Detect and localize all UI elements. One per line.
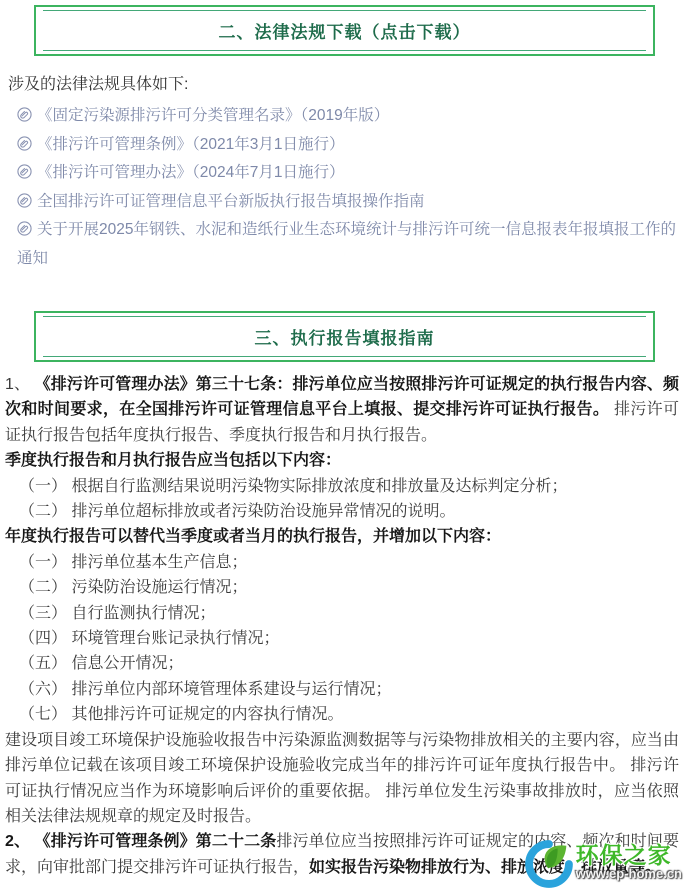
list-item: （四） 环境管理台账记录执行情况； bbox=[5, 626, 679, 651]
law-link-label: 《固定污染源排污许可分类管理名录》（2019年版） bbox=[37, 107, 389, 124]
law-link-item-2[interactable]: 《排污许可管理条例》（2021年3月1日施行） bbox=[17, 131, 679, 160]
list-item: （三） 自行监测执行情况； bbox=[5, 601, 679, 626]
text-run: （五） 信息公开情况； bbox=[19, 655, 183, 672]
guide-body: 1、 《排污许可管理办法》第三十七条：排污单位应当按照排污许可证规定的执行报告内… bbox=[5, 372, 679, 880]
law-link-item-1[interactable]: 《固定污染源排污许可分类管理名录》（2019年版） bbox=[17, 102, 679, 131]
list-item: （一） 根据自行监测结果说明污染物实际排放浓度和排放量及达标判定分析； bbox=[5, 474, 679, 499]
law-link-item-4[interactable]: 全国排污许可证管理信息平台新版执行报告填报操作指南 bbox=[17, 188, 679, 217]
text-run: （一） 排污单位基本生产信息； bbox=[19, 554, 247, 571]
law-link-item-5[interactable]: 关于开展2025年钢铁、水泥和造纸行业生态环境统计与排污许可统一信息报表年报填报… bbox=[17, 216, 679, 273]
text-run: 1、 bbox=[5, 376, 35, 393]
bold-text-run: 2、 《排污许可管理条例》第二十二条 bbox=[5, 833, 276, 850]
bold-text-run: 年度执行报告可以替代当季度或者当月的执行报告，并增加以下内容： bbox=[5, 528, 501, 545]
law-link-label: 《排污许可管理条例》（2021年3月1日施行） bbox=[37, 136, 344, 153]
paragraph: 年度执行报告可以替代当季度或者当月的执行报告，并增加以下内容： bbox=[5, 524, 679, 549]
text-run: （三） 自行监测执行情况； bbox=[19, 605, 215, 622]
paragraph: 2、 《排污许可管理条例》第二十二条排污单位应当按照排污许可证规定的内容、频次和… bbox=[5, 829, 679, 880]
list-item: （二） 排污单位超标排放或者污染防治设施异常情况的说明。 bbox=[5, 499, 679, 524]
text-run: （一） 根据自行监测结果说明污染物实际排放浓度和排放量及达标判定分析； bbox=[19, 478, 567, 495]
laws-intro-text: 涉及的法律法规具体如下: bbox=[8, 71, 679, 94]
law-link-label: 全国排污许可证管理信息平台新版执行报告填报操作指南 bbox=[37, 193, 425, 210]
list-item: （六） 排污单位内部环境管理体系建设与运行情况； bbox=[5, 677, 679, 702]
list-item: （七） 其他排污许可证规定的内容执行情况。 bbox=[5, 702, 679, 727]
text-run: （四） 环境管理台账记录执行情况； bbox=[19, 630, 279, 647]
list-item: （二） 污染防治设施运行情况； bbox=[5, 575, 679, 600]
law-link-item-3[interactable]: 《排污许可管理办法》（2024年7月1日施行） bbox=[17, 159, 679, 188]
text-run: （七） 其他排污许可证规定的内容执行情况。 bbox=[19, 706, 343, 723]
list-item: （五） 信息公开情况； bbox=[5, 651, 679, 676]
list-item: （一） 排污单位基本生产信息； bbox=[5, 550, 679, 575]
law-links-list: 《固定污染源排污许可分类管理名录》（2019年版）《排污许可管理条例》（2021… bbox=[0, 102, 684, 273]
law-link-label: 关于开展2025年钢铁、水泥和造纸行业生态环境统计与排污许可统一信息报表年报填报… bbox=[17, 221, 676, 267]
text-run: （二） 污染防治设施运行情况； bbox=[19, 579, 247, 596]
law-link-label: 《排污许可管理办法》（2024年7月1日施行） bbox=[37, 164, 344, 181]
paragraph: 季度执行报告和月执行报告应当包括以下内容： bbox=[5, 448, 679, 473]
attachment-link-icon bbox=[17, 218, 32, 233]
section3-header-box: 三、执行报告填报指南 bbox=[34, 311, 655, 362]
attachment-link-icon bbox=[17, 133, 32, 148]
bold-text-run: 季度执行报告和月执行报告应当包括以下内容： bbox=[5, 452, 341, 469]
section2-title: 二、法律法规下载（点击下载） bbox=[43, 10, 646, 51]
paragraph: 建设项目竣工环境保护设施验收报告中污染源监测数据等与污染物排放相关的主要内容，应… bbox=[5, 728, 679, 830]
section3-title: 三、执行报告填报指南 bbox=[43, 316, 646, 357]
bold-text-run: 如实报告污染物排放行为、排放浓度、排放量等。 bbox=[309, 859, 661, 876]
paragraph: 1、 《排污许可管理办法》第三十七条：排污单位应当按照排污许可证规定的执行报告内… bbox=[5, 372, 679, 448]
text-run: （六） 排污单位内部环境管理体系建设与运行情况； bbox=[19, 681, 391, 698]
attachment-link-icon bbox=[17, 161, 32, 176]
bold-text-run: 《排污许可管理办法》第三十七条：排污单位应当按照排污许可证规定的执行报告内容、频… bbox=[5, 376, 679, 418]
attachment-link-icon bbox=[17, 190, 32, 205]
section2-header-box: 二、法律法规下载（点击下载） bbox=[34, 5, 655, 56]
text-run: （二） 排污单位超标排放或者污染防治设施异常情况的说明。 bbox=[19, 503, 455, 520]
attachment-link-icon bbox=[17, 104, 32, 119]
text-run: 建设项目竣工环境保护设施验收报告中污染源监测数据等与污染物排放相关的主要内容，应… bbox=[5, 732, 679, 825]
